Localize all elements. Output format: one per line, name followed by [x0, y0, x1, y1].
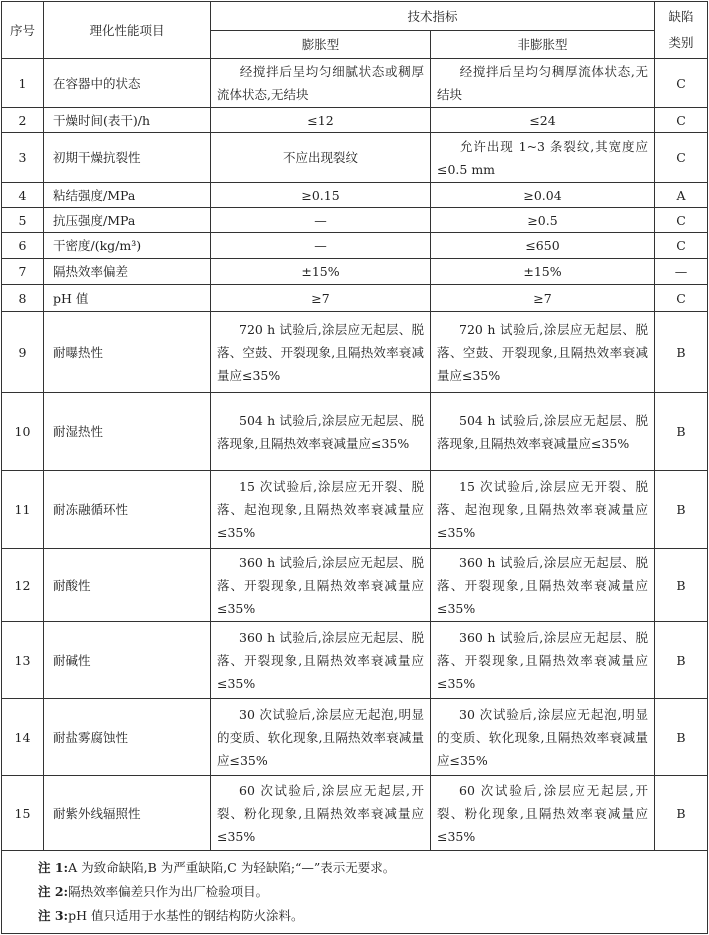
header-item: 理化性能项目 — [44, 2, 211, 59]
table-row: 8pH 值≥7≥7C — [2, 285, 708, 312]
row-item: 耐酸性 — [44, 549, 211, 622]
row-number: 8 — [2, 285, 44, 312]
table-row: 1在容器中的状态经搅拌后呈均匀细腻状态或稠厚流体状态,无结块经搅拌后呈均匀稠厚流… — [2, 59, 708, 108]
row-defect-category: B — [655, 393, 708, 471]
table-row: 13耐碱性360 h 试验后,涂层应无起层、脱落、开裂现象,且隔热效率衰减量应≤… — [2, 622, 708, 699]
row-expansive-spec: 30 次试验后,涂层应无起泡,明显的变质、软化现象,且隔热效率衰减量应≤35% — [211, 699, 431, 776]
header-no: 序号 — [2, 2, 44, 59]
row-defect-category: — — [655, 259, 708, 285]
row-defect-category: B — [655, 622, 708, 699]
row-expansive-spec: 360 h 试验后,涂层应无起层、脱落、开裂现象,且隔热效率衰减量应≤35% — [211, 622, 431, 699]
row-expansive-spec-text: 15 次试验后,涂层应无开裂、脱落、起泡现象,且隔热效率衰减量应≤35% — [217, 479, 424, 540]
row-item: 干燥时间(表干)/h — [44, 108, 211, 133]
table-row: 5抗压强度/MPa—≥0.5C — [2, 208, 708, 233]
note-label: 注 3: — [38, 908, 68, 923]
table-body: 1在容器中的状态经搅拌后呈均匀细腻状态或稠厚流体状态,无结块经搅拌后呈均匀稠厚流… — [2, 59, 708, 851]
row-non-expansive-spec: ≤24 — [431, 108, 655, 133]
row-expansive-spec: ≥0.15 — [211, 183, 431, 208]
row-expansive-spec: 不应出现裂纹 — [211, 133, 431, 183]
row-defect-category: C — [655, 208, 708, 233]
row-number: 4 — [2, 183, 44, 208]
row-number: 10 — [2, 393, 44, 471]
row-defect-category: B — [655, 471, 708, 549]
header-tech-index: 技术指标 — [211, 2, 655, 31]
table-row: 7隔热效率偏差±15%±15%— — [2, 259, 708, 285]
row-item: 耐冻融循环性 — [44, 471, 211, 549]
row-number: 7 — [2, 259, 44, 285]
table-row: 9耐曝热性720 h 试验后,涂层应无起层、脱落、空鼓、开裂现象,且隔热效率衰减… — [2, 312, 708, 393]
table-row: 6干密度/(kg/m³)—≤650C — [2, 233, 708, 259]
row-non-expansive-spec: 30 次试验后,涂层应无起泡,明显的变质、软化现象,且隔热效率衰减量应≤35% — [431, 699, 655, 776]
row-item: 在容器中的状态 — [44, 59, 211, 108]
row-defect-category: C — [655, 59, 708, 108]
row-expansive-spec: — — [211, 208, 431, 233]
row-item: 干密度/(kg/m³) — [44, 233, 211, 259]
row-number: 13 — [2, 622, 44, 699]
row-expansive-spec: ≥7 — [211, 285, 431, 312]
row-expansive-spec: 720 h 试验后,涂层应无起层、脱落、空鼓、开裂现象,且隔热效率衰减量应≤35… — [211, 312, 431, 393]
row-expansive-spec-text: 经搅拌后呈均匀细腻状态或稠厚流体状态,无结块 — [217, 64, 424, 102]
note-line: 注 3:pH 值只适用于水基性的钢结构防火涂料。 — [38, 904, 707, 928]
row-number: 9 — [2, 312, 44, 393]
row-item: 耐湿热性 — [44, 393, 211, 471]
row-non-expansive-spec: 允许出现 1~3 条裂纹,其宽度应≤0.5 mm — [431, 133, 655, 183]
row-non-expansive-spec: 360 h 试验后,涂层应无起层、脱落、开裂现象,且隔热效率衰减量应≤35% — [431, 622, 655, 699]
row-non-expansive-spec: 720 h 试验后,涂层应无起层、脱落、空鼓、开裂现象,且隔热效率衰减量应≤35… — [431, 312, 655, 393]
row-number: 6 — [2, 233, 44, 259]
row-non-expansive-spec-text: 504 h 试验后,涂层应无起层、脱落现象,且隔热效率衰减量应≤35% — [437, 413, 648, 451]
table-row: 10耐湿热性504 h 试验后,涂层应无起层、脱落现象,且隔热效率衰减量应≤35… — [2, 393, 708, 471]
table-row: 11耐冻融循环性15 次试验后,涂层应无开裂、脱落、起泡现象,且隔热效率衰减量应… — [2, 471, 708, 549]
row-non-expansive-spec: 504 h 试验后,涂层应无起层、脱落现象,且隔热效率衰减量应≤35% — [431, 393, 655, 471]
row-expansive-spec-text: 60 次试验后,涂层应无起层,开裂、粉化现象,且隔热效率衰减量应≤35% — [217, 783, 424, 844]
row-defect-category: C — [655, 285, 708, 312]
row-number: 12 — [2, 549, 44, 622]
row-item: 耐紫外线辐照性 — [44, 776, 211, 851]
row-expansive-spec: 15 次试验后,涂层应无开裂、脱落、起泡现象,且隔热效率衰减量应≤35% — [211, 471, 431, 549]
row-non-expansive-spec: ≥0.5 — [431, 208, 655, 233]
row-number: 2 — [2, 108, 44, 133]
row-non-expansive-spec: 15 次试验后,涂层应无开裂、脱落、起泡现象,且隔热效率衰减量应≤35% — [431, 471, 655, 549]
row-defect-category: B — [655, 699, 708, 776]
row-defect-category: C — [655, 233, 708, 259]
table-row: 15耐紫外线辐照性60 次试验后,涂层应无起层,开裂、粉化现象,且隔热效率衰减量… — [2, 776, 708, 851]
row-item: 抗压强度/MPa — [44, 208, 211, 233]
row-expansive-spec-text: 504 h 试验后,涂层应无起层、脱落现象,且隔热效率衰减量应≤35% — [217, 413, 424, 451]
note-label: 注 2: — [38, 884, 68, 899]
table-row: 3初期干燥抗裂性不应出现裂纹允许出现 1~3 条裂纹,其宽度应≤0.5 mmC — [2, 133, 708, 183]
note-text: 隔热效率偏差只作为出厂检验项目。 — [68, 884, 268, 899]
row-non-expansive-spec: 60 次试验后,涂层应无起层,开裂、粉化现象,且隔热效率衰减量应≤35% — [431, 776, 655, 851]
row-expansive-spec: ≤12 — [211, 108, 431, 133]
row-expansive-spec: 360 h 试验后,涂层应无起层、脱落、开裂现象,且隔热效率衰减量应≤35% — [211, 549, 431, 622]
note-line: 注 1:A 为致命缺陷,B 为严重缺陷,C 为轻缺陷;“—”表示无要求。 — [38, 856, 707, 880]
row-non-expansive-spec-text: 360 h 试验后,涂层应无起层、脱落、开裂现象,且隔热效率衰减量应≤35% — [437, 555, 648, 616]
row-non-expansive-spec: ≥0.04 — [431, 183, 655, 208]
row-number: 15 — [2, 776, 44, 851]
row-non-expansive-spec: 360 h 试验后,涂层应无起层、脱落、开裂现象,且隔热效率衰减量应≤35% — [431, 549, 655, 622]
row-expansive-spec: 504 h 试验后,涂层应无起层、脱落现象,且隔热效率衰减量应≤35% — [211, 393, 431, 471]
table-row: 2干燥时间(表干)/h≤12≤24C — [2, 108, 708, 133]
row-expansive-spec: 经搅拌后呈均匀细腻状态或稠厚流体状态,无结块 — [211, 59, 431, 108]
row-item: 耐碱性 — [44, 622, 211, 699]
row-expansive-spec: 60 次试验后,涂层应无起层,开裂、粉化现象,且隔热效率衰减量应≤35% — [211, 776, 431, 851]
row-number: 11 — [2, 471, 44, 549]
row-item: 隔热效率偏差 — [44, 259, 211, 285]
row-number: 5 — [2, 208, 44, 233]
table-row: 4粘结强度/MPa≥0.15≥0.04A — [2, 183, 708, 208]
row-number: 3 — [2, 133, 44, 183]
row-defect-category: C — [655, 133, 708, 183]
row-defect-category: B — [655, 776, 708, 851]
row-item: 耐曝热性 — [44, 312, 211, 393]
row-non-expansive-spec-text: 允许出现 1~3 条裂纹,其宽度应≤0.5 mm — [437, 139, 648, 177]
row-non-expansive-spec: 经搅拌后呈均匀稠厚流体状态,无结块 — [431, 59, 655, 108]
row-non-expansive-spec: ≥7 — [431, 285, 655, 312]
row-expansive-spec: ±15% — [211, 259, 431, 285]
row-expansive-spec-text: 720 h 试验后,涂层应无起层、脱落、空鼓、开裂现象,且隔热效率衰减量应≤35… — [217, 322, 424, 383]
header-defect-category: 缺陷类别 — [655, 2, 708, 59]
header-defect-category-text: 缺陷类别 — [667, 4, 695, 56]
row-item: 粘结强度/MPa — [44, 183, 211, 208]
row-number: 14 — [2, 699, 44, 776]
row-non-expansive-spec-text: 60 次试验后,涂层应无起层,开裂、粉化现象,且隔热效率衰减量应≤35% — [437, 783, 648, 844]
notes-cell: 注 1:A 为致命缺陷,B 为严重缺陷,C 为轻缺陷;“—”表示无要求。注 2:… — [2, 851, 708, 934]
row-non-expansive-spec: ±15% — [431, 259, 655, 285]
row-non-expansive-spec-text: 15 次试验后,涂层应无开裂、脱落、起泡现象,且隔热效率衰减量应≤35% — [437, 479, 648, 540]
row-number: 1 — [2, 59, 44, 108]
row-non-expansive-spec-text: 360 h 试验后,涂层应无起层、脱落、开裂现象,且隔热效率衰减量应≤35% — [437, 630, 648, 691]
spec-table: 序号 理化性能项目 技术指标 缺陷类别 膨胀型 非膨胀型 1在容器中的状态经搅拌… — [1, 1, 708, 934]
row-defect-category: B — [655, 549, 708, 622]
note-label: 注 1: — [38, 860, 68, 875]
note-line: 注 2:隔热效率偏差只作为出厂检验项目。 — [38, 880, 707, 904]
row-expansive-spec-text: 360 h 试验后,涂层应无起层、脱落、开裂现象,且隔热效率衰减量应≤35% — [217, 630, 424, 691]
row-expansive-spec-text: 360 h 试验后,涂层应无起层、脱落、开裂现象,且隔热效率衰减量应≤35% — [217, 555, 424, 616]
table-row: 14耐盐雾腐蚀性30 次试验后,涂层应无起泡,明显的变质、软化现象,且隔热效率衰… — [2, 699, 708, 776]
header-non-expansive: 非膨胀型 — [431, 31, 655, 59]
row-defect-category: B — [655, 312, 708, 393]
note-text: pH 值只适用于水基性的钢结构防火涂料。 — [68, 908, 303, 923]
row-item: 耐盐雾腐蚀性 — [44, 699, 211, 776]
row-non-expansive-spec-text: 720 h 试验后,涂层应无起层、脱落、空鼓、开裂现象,且隔热效率衰减量应≤35… — [437, 322, 648, 383]
table-row: 12耐酸性360 h 试验后,涂层应无起层、脱落、开裂现象,且隔热效率衰减量应≤… — [2, 549, 708, 622]
row-defect-category: A — [655, 183, 708, 208]
row-non-expansive-spec-text: 30 次试验后,涂层应无起泡,明显的变质、软化现象,且隔热效率衰减量应≤35% — [437, 707, 648, 768]
note-text: A 为致命缺陷,B 为严重缺陷,C 为轻缺陷;“—”表示无要求。 — [68, 860, 395, 875]
row-item: pH 值 — [44, 285, 211, 312]
header-expansive: 膨胀型 — [211, 31, 431, 59]
row-defect-category: C — [655, 108, 708, 133]
row-item: 初期干燥抗裂性 — [44, 133, 211, 183]
row-expansive-spec-text: 30 次试验后,涂层应无起泡,明显的变质、软化现象,且隔热效率衰减量应≤35% — [217, 707, 424, 768]
row-non-expansive-spec: ≤650 — [431, 233, 655, 259]
row-expansive-spec: — — [211, 233, 431, 259]
row-non-expansive-spec-text: 经搅拌后呈均匀稠厚流体状态,无结块 — [437, 64, 648, 102]
